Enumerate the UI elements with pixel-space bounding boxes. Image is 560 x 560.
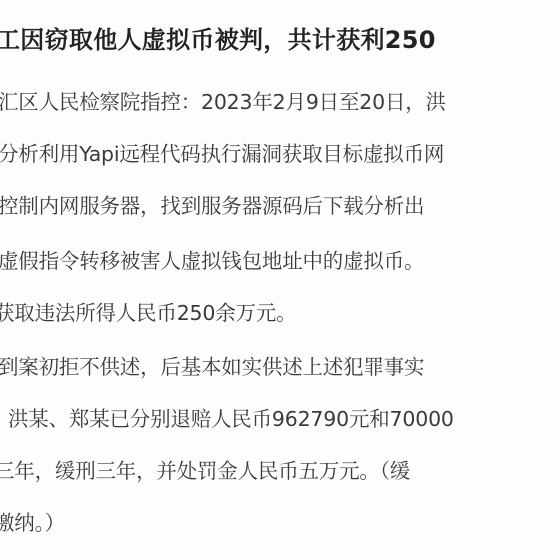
article-line-7: 洪某、郑某已分别退赔人民币962790元和70000 [8, 409, 454, 430]
article-line-9: 缴纳。） [0, 513, 65, 534]
article-line-2: 分析利用Yapi远程代码执行漏洞获取目标虚拟币网 [0, 144, 444, 165]
article-headline: 工因窃取他人虚拟币被判，共计获利250 [0, 28, 436, 52]
article-line-8: 三年，缓刑三年，并处罚金人民币五万元。（缓 [0, 461, 410, 482]
article-line-3: 控制内网服务器，找到服务器源码后下载分析出 [0, 196, 424, 217]
article-line-1: 汇区人民检察院指控：2023年2月9日至20日，洪 [0, 92, 446, 113]
article-line-5: 获取违法所得人民币250余万元。 [0, 303, 296, 324]
article-line-6: 到案初拒不供述，后基本如实供述上述犯罪事实 [0, 357, 424, 378]
article-line-4: 虚假指令转移被害人虚拟钱包地址中的虚拟币。 [0, 251, 424, 272]
article-screenshot: 工因窃取他人虚拟币被判，共计获利250 汇区人民检察院指控：2023年2月9日至… [0, 0, 560, 560]
